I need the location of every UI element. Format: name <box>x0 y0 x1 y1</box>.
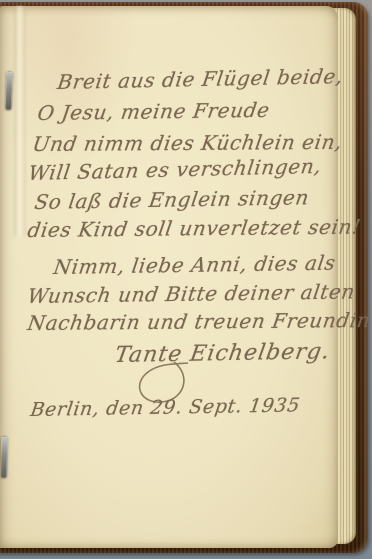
poem-line: Will Satan es verschlingen, <box>27 154 323 185</box>
poem-line: O Jesu, meine Freude <box>36 98 271 125</box>
handwriting-layer: Breit aus die Flügel beide, O Jesu, mein… <box>0 0 372 559</box>
dateline: Berlin, den 29. Sept. 1935 <box>29 394 302 421</box>
poem-line: Breit aus die Flügel beide, <box>56 64 345 94</box>
photo-of-album-page: Breit aus die Flügel beide, O Jesu, mein… <box>0 0 372 559</box>
poem-line: dies Kind soll unverletzet sein! <box>26 215 363 242</box>
dedication-line: Nimm, liebe Anni, dies als <box>52 251 337 279</box>
poem-line: Und nimm dies Küchlein ein, <box>31 130 344 156</box>
poem-line: So laß die Englein singen <box>33 185 311 214</box>
dedication-line: Nachbarin und treuen Freundin <box>26 308 372 335</box>
dedication-line: Wunsch und Bitte deiner alten <box>26 279 357 308</box>
